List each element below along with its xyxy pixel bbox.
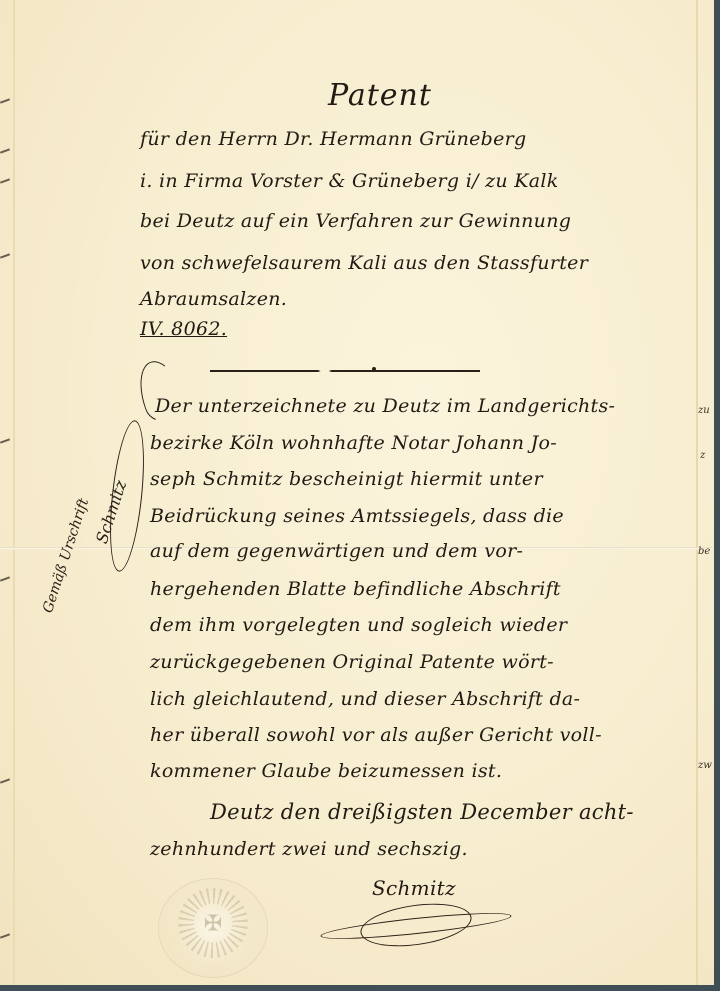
bleed-mark (0, 148, 10, 153)
body-line: Beidrückung seines Amtssiegels, dass die (150, 505, 564, 527)
closing-line: Deutz den dreißigsten December acht- (210, 800, 634, 824)
embossed-seal: ✠ (158, 878, 268, 978)
bleed-mark (0, 438, 10, 443)
body-line: dem ihm vorgelegten und sogleich wieder (150, 614, 567, 636)
body-line: lich gleichlautend, und dieser Abschrift… (150, 688, 580, 710)
body-line: bezirke Köln wohnhafte Notar Johann Jo- (150, 432, 557, 454)
document-title: Patent (328, 78, 432, 113)
body-line: hergehenden Blatte befindliche Abschrift (150, 578, 561, 600)
document-page: zu z be zw Patent für den Herrn Dr. Herm… (0, 0, 715, 985)
right-edge-fragment: z (700, 450, 705, 461)
divider-dot (372, 367, 376, 371)
bleed-mark (0, 778, 10, 783)
frame-edge-right (714, 0, 720, 991)
header-line: bei Deutz auf ein Verfahren zur Gewinnun… (140, 210, 571, 232)
bleed-mark (0, 933, 10, 938)
bleed-mark (0, 253, 10, 258)
header-line: i. in Firma Vorster & Grüneberg i/ zu Ka… (140, 170, 559, 192)
bleed-mark (0, 576, 10, 581)
left-margin-rule (13, 0, 15, 985)
header-line: Abraumsalzen. (140, 288, 287, 310)
header-line: von schwefelsaurem Kali aus den Stassfur… (140, 252, 588, 274)
body-line: kommener Glaube beizumessen ist. (150, 760, 502, 782)
right-edge-fragment: zu (698, 405, 710, 416)
right-edge-fragment: be (698, 546, 710, 557)
bleed-mark (0, 178, 10, 183)
notary-signature: Schmitz (372, 876, 456, 900)
right-edge-fragment: zw (698, 760, 712, 771)
reference-number: IV. 8062. (140, 318, 227, 340)
margin-note: Gemäß Urschrift (40, 496, 92, 615)
body-line: seph Schmitz bescheinigt hiermit unter (150, 468, 543, 490)
margin-flourish (104, 419, 150, 573)
frame-edge-bottom (0, 985, 720, 991)
closing-line: zehnhundert zwei und sechszig. (150, 838, 468, 860)
bleed-mark (0, 98, 10, 103)
body-line: zurückgegebenen Original Patente wört- (150, 651, 554, 673)
section-divider (210, 370, 480, 372)
right-margin-rule (696, 0, 698, 985)
eagle-icon: ✠ (204, 912, 222, 937)
header-line: für den Herrn Dr. Hermann Grüneberg (140, 128, 527, 150)
body-line: Der unterzeichnete zu Deutz im Landgeric… (155, 395, 615, 417)
body-line: auf dem gegenwärtigen und dem vor- (150, 540, 523, 562)
body-line: her überall sowohl vor als außer Gericht… (150, 724, 602, 746)
